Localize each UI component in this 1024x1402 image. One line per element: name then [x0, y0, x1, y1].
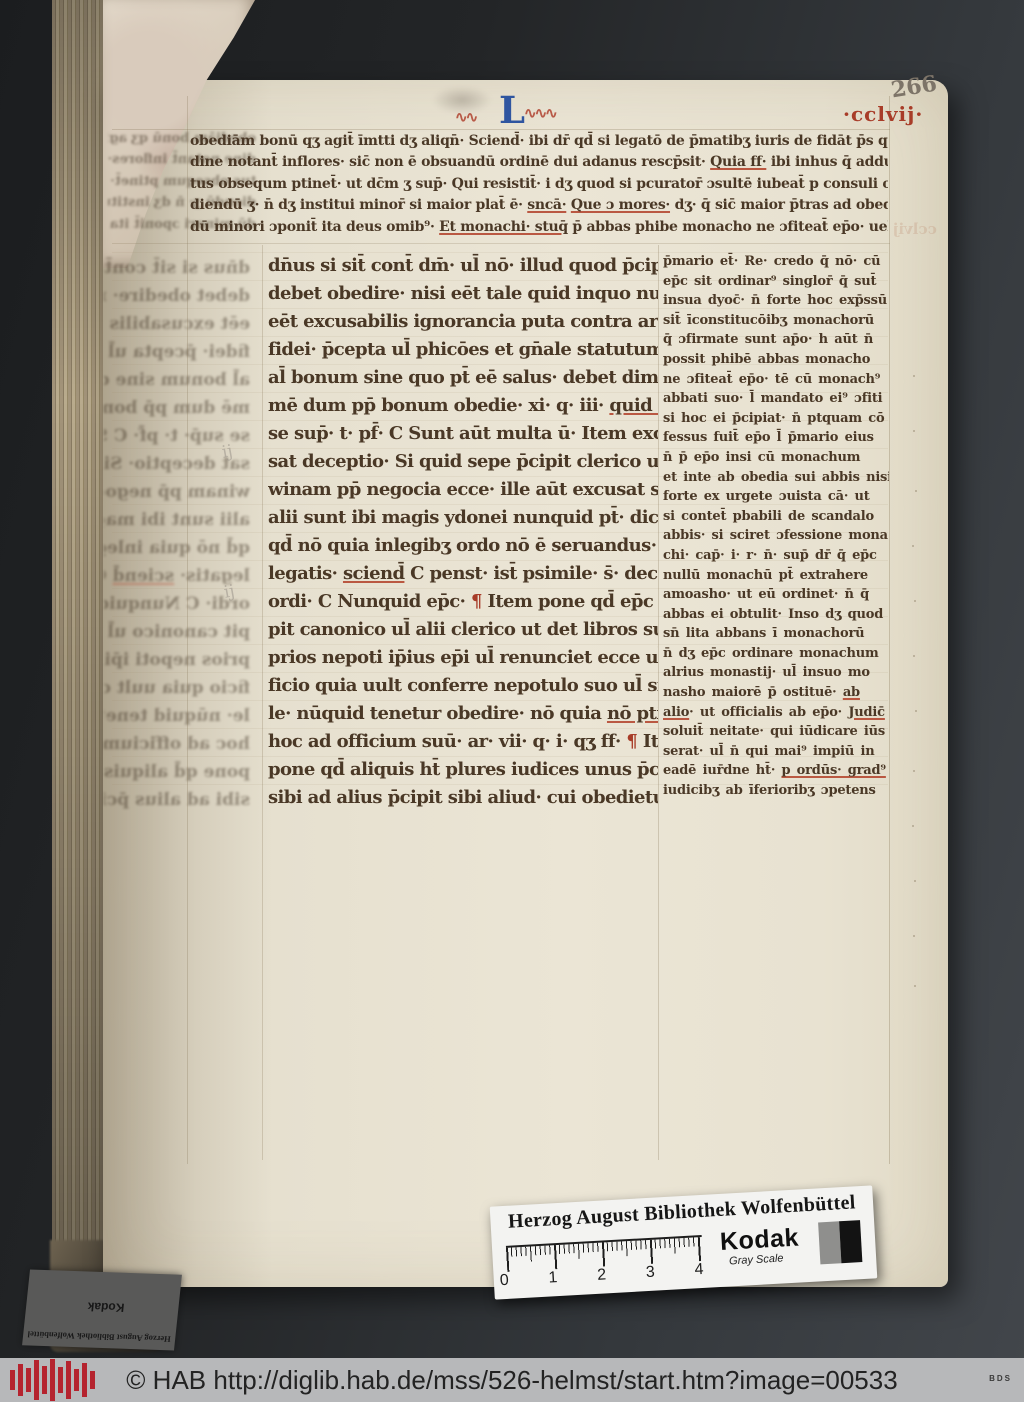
text-line: fessus fuit̄ ep̄o l̄ p̄mario eius — [663, 428, 889, 448]
gray-patch — [818, 1221, 841, 1264]
text-line: hoc ad officium suū· ar· vii· q· i· qʒ f… — [268, 728, 658, 756]
text-line: q̄ ɔfirmate sunt ap̄o· h aūt n̄ — [663, 330, 889, 350]
text-line: sibi ad alius p̄cipit sibi aliud· cui ob… — [268, 784, 658, 812]
mirrored-card-title: Herzog August Bibliothek Wolfenbüttel — [23, 1329, 176, 1344]
mirrored-card-brand: Kodak — [87, 1300, 125, 1315]
ruling-vertical-column-left — [262, 245, 263, 1160]
text-line: si contet̄ pbabili de scandalo — [663, 507, 889, 527]
mirrored-scale-card: Herzog August Bibliothek Wolfenbüttel Ko… — [22, 1269, 182, 1350]
text-line: nullū monachū pt̄ extrahere — [663, 566, 889, 586]
text-line: chi· cap̄· i· r· n̄· sup̄ dr̄ q̄ ep̄c — [663, 546, 889, 566]
text-line: diendū ʒ· n̄ dʒ institui minor̄ si maior… — [190, 195, 888, 216]
text-line: legatis· sciend̄ C penst· ist̄ psimile· … — [268, 560, 658, 588]
pricking-dots — [913, 375, 915, 377]
digitized-manuscript-photo: obediām bonū qʒ agit̄ īmtti dʒ aliqn̄· S… — [0, 0, 1024, 1402]
kodak-wordmark: Kodak — [719, 1224, 799, 1257]
text-line: tus obsequm ptinet̄· ut dc̄m ʒ sup̄· Qui… — [190, 174, 888, 195]
text-line: n̄ dʒ ep̄c ordinare monachum — [663, 644, 889, 664]
book-fore-edge-pages — [52, 0, 110, 1332]
text-line: obediām bonū qʒ agit̄ īmtti dʒ aliqn̄· S… — [190, 131, 888, 152]
text-line: dū minori ɔponit̄ ita deus omib⁹· Et mon… — [190, 217, 888, 238]
text-line: ep̄c sit ordinar⁹ singlor̄ q̄ sut̄ — [663, 272, 889, 292]
text-line: prios nepoti ip̄ius ep̄i ul̄ renunciet e… — [268, 644, 658, 672]
text-line: amoasho· ut eū ordinet· n̄ q̄ — [663, 585, 889, 605]
text-line: eēt excusabilis ignorancia puta contra a… — [268, 308, 658, 336]
text-line: 1 — [548, 1269, 558, 1287]
text-line: soluit̄ neitate· qui iūdicare iūs — [663, 722, 889, 742]
ruling-horizontal-mid — [112, 243, 890, 244]
text-line: n̄ p̄ ep̄o insi cū monachum — [663, 448, 889, 468]
ruling-vertical-column-divider — [658, 245, 659, 1160]
text-line: winam pp̄ negocia ecce· ille aūt excusat… — [268, 476, 658, 504]
text-line: al̄ bonum sine quo pt̄ eē salus· debet d… — [268, 364, 658, 392]
folio-show-through: cclvij — [893, 220, 937, 238]
text-line: ficio quia uult conferre nepotulo suo ul… — [268, 672, 658, 700]
text-line: alii sunt ibi magis ydonei nunquid pt̄· … — [268, 504, 658, 532]
text-line: eadē iur̄dne ht̄· p ordūs· grad⁹ — [663, 761, 889, 781]
text-line: le· nūquid tenetur obedire· nō quia nō p… — [268, 700, 658, 728]
text-line: ne ɔfiteat̄ ep̄o· tē cū monach⁹ — [663, 370, 889, 390]
text-line: abbati suo· l̄ mandato ei⁹ ɔfiti — [663, 389, 889, 409]
red-penwork-flourish-right: ∿∿∿ — [524, 104, 556, 122]
text-line: sat deceptio· Si quid sepe p̄cipit cleri… — [268, 448, 658, 476]
text-line: alrius monastij· ul̄ insuo mo — [663, 663, 889, 683]
text-line: insua dyoc̄· n̄ forte hoc exp̄ssū — [663, 291, 889, 311]
top-text-block: obediām bonū qʒ agit̄ īmtti dʒ aliqn̄· S… — [190, 131, 888, 238]
text-line: dine notant̄ inflores· sic̄ non ē obsuan… — [190, 152, 888, 173]
text-line: abbis· si sciret ɔfessione mona — [663, 526, 889, 546]
text-line: abbas ei obtulit· Inso dʒ quod — [663, 605, 889, 625]
footer-caption: © HAB http://diglib.hab.de/mss/526-helms… — [0, 1365, 1024, 1396]
text-line: et inte ab obedia sui abbis nisi — [663, 468, 889, 488]
text-line: si hoc ei p̄cipiat· n̄ ptquam cō — [663, 409, 889, 429]
ruling-vertical-left — [187, 96, 188, 1164]
text-line: sit̄ īconstitucōibʒ monachorū — [663, 311, 889, 331]
gray-scale-label: Gray Scale — [729, 1252, 784, 1267]
text-line: possit phibē abbas monacho — [663, 350, 889, 370]
footer-code: BDS — [989, 1374, 1012, 1383]
running-header-initial: L — [499, 88, 525, 132]
red-penwork-flourish-left: ∿∿ — [455, 108, 476, 126]
text-line: mē dum pp̄ bonum obedie· xi· q· iii· qui… — [268, 392, 658, 420]
text-line: se sup̄· t· pf̄· C Sunt aūt multa ū· Ite… — [268, 420, 658, 448]
text-line: iudicibʒ ab īferioribʒ ɔpetens — [663, 781, 889, 801]
text-line: dn̄us si sit̄ cont̄ dm̄· ul̄ nō· illud q… — [268, 252, 658, 280]
text-line: debet obedire· nisi eēt tale quid inquo … — [268, 280, 658, 308]
text-line: 0 — [499, 1272, 509, 1290]
text-line: forte ex urgete ɔuista cā· ut — [663, 487, 889, 507]
text-line: ordi· C Nunquid ep̄c· ¶ Item pone qd̄ ep… — [268, 588, 658, 616]
right-text-column: p̄mario et̄· Re· credo q̄ nō· cūep̄c sit… — [663, 252, 889, 801]
text-line: 2 — [597, 1266, 607, 1284]
text-line: alio· ut officialis ab ep̄o· Judic̄ — [663, 703, 889, 723]
folio-number-red: ·cclvij· — [843, 102, 923, 126]
text-line: pit canonico ul̄ alii clerico ut det lib… — [268, 616, 658, 644]
text-line: fidei· p̄cepta ul̄ phicōes et gn̄ale sta… — [268, 336, 658, 364]
ruling-vertical-right — [889, 96, 890, 1164]
text-line: 4 — [694, 1261, 704, 1279]
text-line: sn̄ lita abbans ī monachorū — [663, 624, 889, 644]
text-line: 3 — [645, 1264, 655, 1282]
text-line: nasho maiorē p̄ ostituē· ab — [663, 683, 889, 703]
text-line: p̄mario et̄· Re· credo q̄ nō· cū — [663, 252, 889, 272]
footer-bar: © HAB http://diglib.hab.de/mss/526-helms… — [0, 1358, 1024, 1402]
left-text-column: dn̄us si sit̄ cont̄ dm̄· ul̄ nō· illud q… — [268, 252, 658, 812]
text-line: serat· ul̄ n̄ qui mai⁹ impiū in — [663, 742, 889, 762]
text-line: pone qd̄ aliquis ht̄ plures iudices unus… — [268, 756, 658, 784]
black-patch — [839, 1220, 862, 1263]
text-line: qd̄ nō quia inlegibʒ ordo nō ē seruandus… — [268, 532, 658, 560]
